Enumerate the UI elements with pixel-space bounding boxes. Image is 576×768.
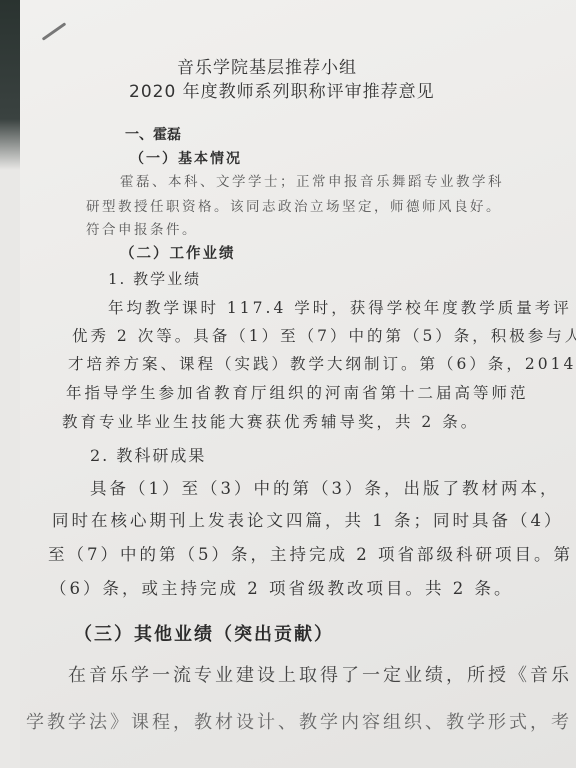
- subsection-heading-work-performance: （二）工作业绩: [120, 242, 236, 263]
- paragraph-line: 研型教授任职资格。该同志政治立场坚定，师德师风良好。: [86, 195, 502, 215]
- paragraph-line: 教育专业毕业生技能大赛获优秀辅导奖，共 2 条。: [62, 410, 479, 432]
- item-heading-teaching: 1. 教学业绩: [108, 268, 201, 289]
- paragraph-line: 优秀 2 次等。具备（1）至（7）中的第（5）条，积极参与人: [72, 324, 576, 346]
- paragraph-line: 具备（1）至（3）中的第（3）条，出版了教材两本，: [90, 475, 560, 499]
- paragraph-line: （6）条，或主持完成 2 项省级教改项目。共 2 条。: [50, 575, 513, 599]
- paragraph-line: 符合申报条件。: [86, 218, 198, 238]
- subsection-heading-other-achievements: （三）其他业绩（突出贡献）: [74, 620, 334, 646]
- section-heading: 一、霍磊: [125, 124, 181, 144]
- paragraph-line: 在音乐学一流专业建设上取得了一定业绩，所授《音乐: [68, 661, 572, 687]
- item-heading-research: 2. 教科研成果: [90, 443, 206, 466]
- paragraph-line: 至（7）中的第（5）条，主持完成 2 项省部级科研项目。第: [48, 541, 573, 565]
- document-title: 音乐学院基层推荐小组: [177, 53, 357, 78]
- document-subtitle: 2020 年度教师系列职称评审推荐意见: [129, 77, 435, 102]
- paragraph-line: 年均教学课时 117.4 学时，获得学校年度教学质量考评: [108, 296, 572, 318]
- subsection-heading-basic-info: （一）基本情况: [130, 148, 242, 168]
- paragraph-line: 年指导学生参加省教育厅组织的河南省第十二届高等师范: [66, 381, 529, 403]
- paragraph-line: 才培养方案、课程（实践）教学大纲制订。第（6）条，2014: [68, 352, 576, 374]
- paragraph-line: 霍磊、本科、文学学士；正常申报音乐舞蹈专业教学科: [120, 170, 504, 190]
- paragraph-line: 学教学法》课程，教材设计、教学内容组织、教学形式，考: [26, 708, 572, 734]
- paragraph-line: 同时在核心期刊上发表论文四篇，共 1 条；同时具备（4）: [52, 507, 564, 531]
